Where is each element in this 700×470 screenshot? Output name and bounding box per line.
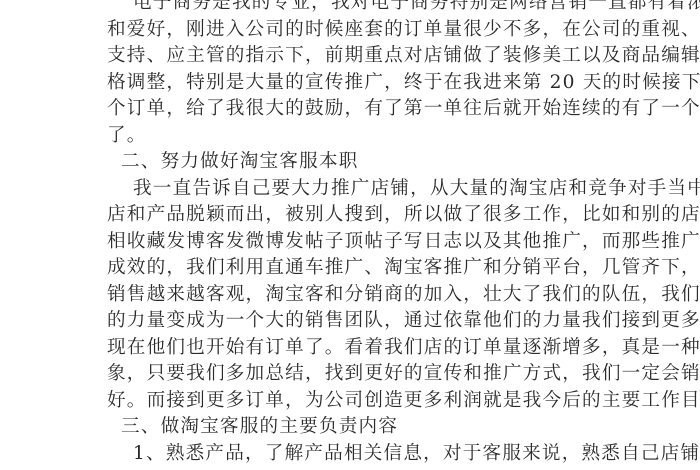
paragraph-line: 的力量变成为一个大的销售团队，通过依靠他们的力量我们接到更多的订单， bbox=[107, 308, 585, 335]
paragraph-line: 了。 bbox=[107, 123, 585, 150]
paragraph-line: 1、熟悉产品，了解产品相关信息，对于客服来说，熟悉自己店铺产品是最基 bbox=[107, 441, 585, 468]
paragraph-line: 成效的，我们利用直通车推广、淘宝客推广和分销平台，几管齐下，让我们的 bbox=[107, 255, 585, 282]
paragraph-line: 象，只要我们多加总结，找到更好的宣传和推广方式，我们一定会销售得更 bbox=[107, 361, 585, 388]
paragraph-line: 相收藏发博客发微博发帖子顶帖子写日志以及其他推广，而那些推广都是卓有 bbox=[107, 229, 585, 256]
document-page: 电子商务是我的专业，我对电子商务特别是网络营销一直都有着浓厚的兴趣 和爱好，刚进… bbox=[107, 0, 585, 467]
paragraph-line: 格调整，特别是大量的宣传推广，终于在我进来第 20 天的时候接下了我的第一 bbox=[107, 70, 585, 97]
paragraph-line: 个订单，给了我很大的鼓励，有了第一单往后就开始连续的有了一个个的订单 bbox=[107, 96, 585, 123]
paragraph-line: 好。而接到更多订单，为公司创造更多利润就是我今后的主要工作目标。 bbox=[107, 388, 585, 415]
paragraph-line: 销售越来越客观，淘宝客和分销商的加入，壮大了我们的队伍，我们从几个人 bbox=[107, 282, 585, 309]
paragraph-line: 我一直告诉自己要大力推广店铺，从大量的淘宝店和竞争对手当中让我们的 bbox=[107, 176, 585, 203]
paragraph-line: 电子商务是我的专业，我对电子商务特别是网络营销一直都有着浓厚的兴趣 bbox=[107, 0, 585, 17]
paragraph-line: 现在他们也开始有订单了。看着我们店的订单量逐渐增多，真是一种可喜的现 bbox=[107, 335, 585, 362]
section-heading: 二、努力做好淘宝客服本职 bbox=[107, 149, 585, 176]
paragraph-line: 和爱好，刚进入公司的时候座套的订单量很少不多，在公司的重视、开发部的 bbox=[107, 17, 585, 44]
paragraph-line: 店和产品脱颖而出，被别人搜到，所以做了很多工作，比如和别的店做链接互 bbox=[107, 202, 585, 229]
section-heading: 三、做淘宝客服的主要负责内容 bbox=[107, 414, 585, 441]
paragraph-line: 支持、应主管的指示下，前期重点对店铺做了装修美工以及商品编辑修改，价 bbox=[107, 43, 585, 70]
